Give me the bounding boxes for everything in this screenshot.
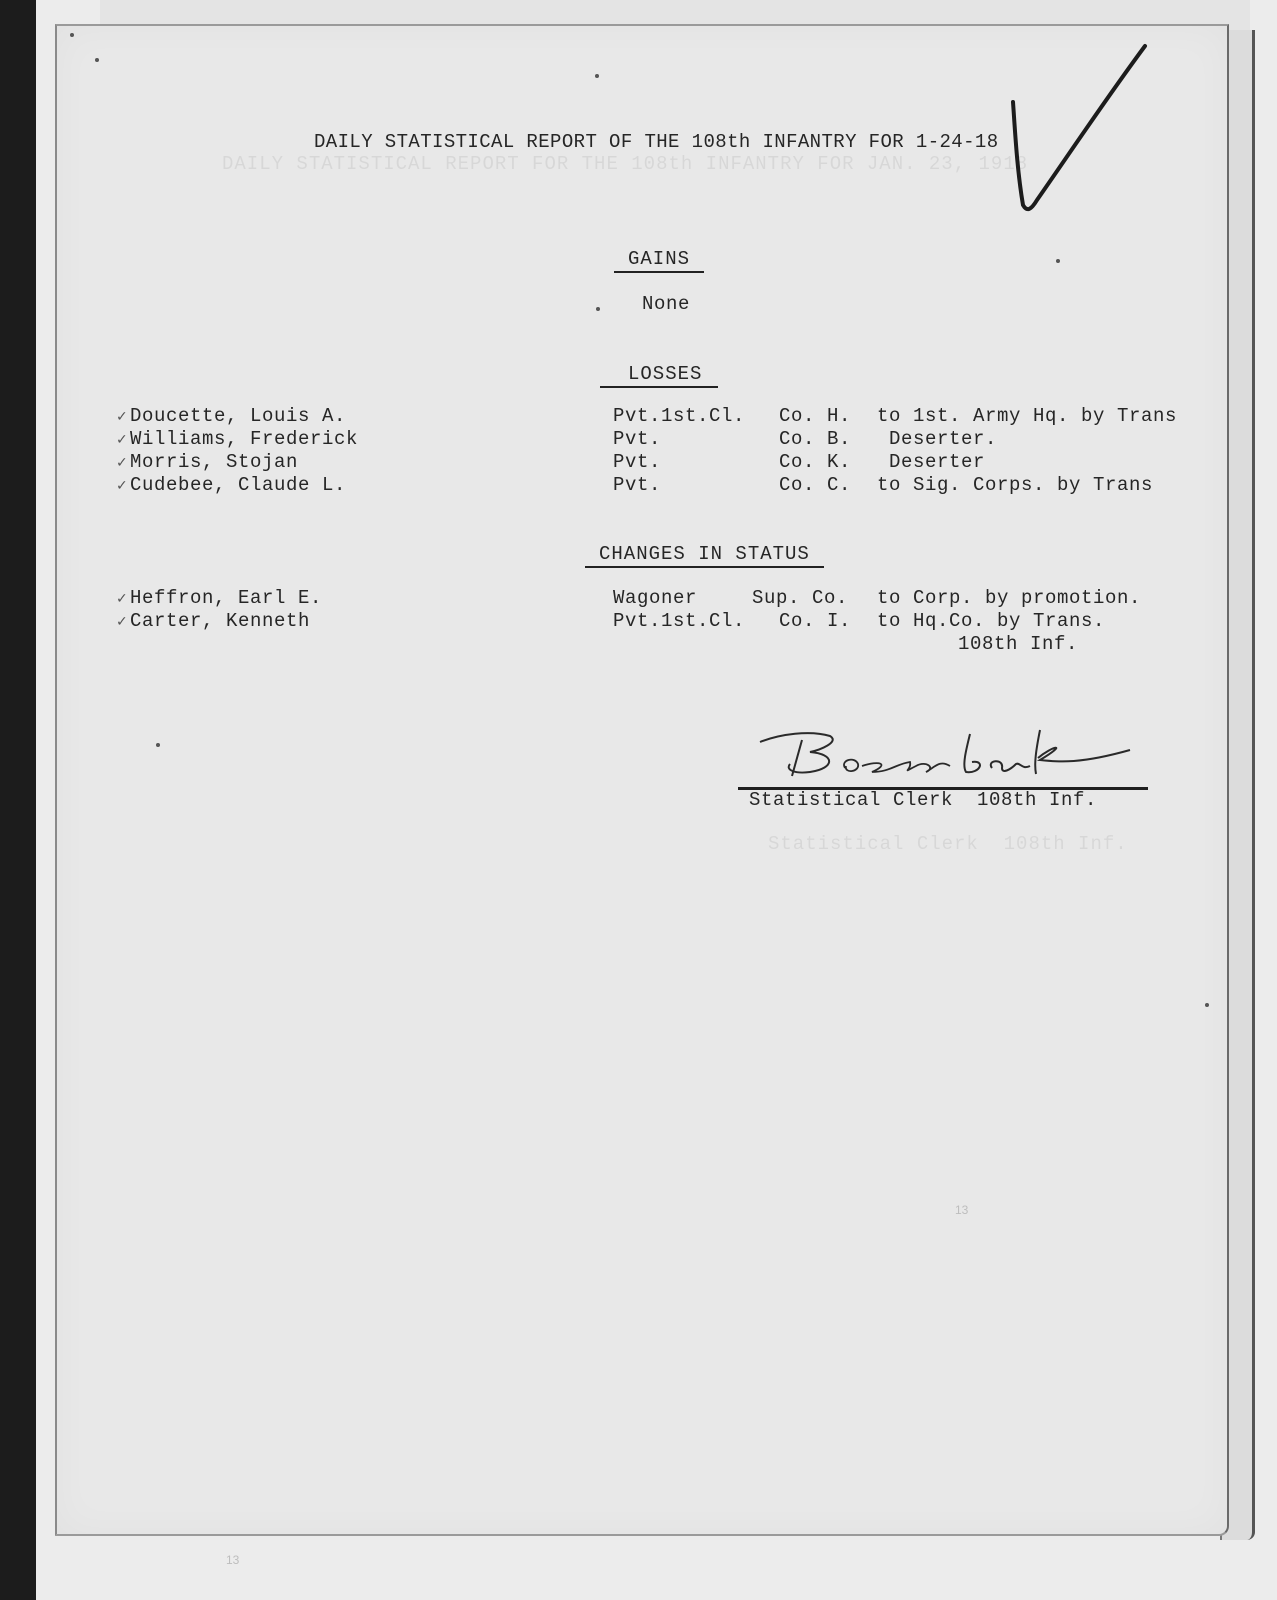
report-date: 1-24-18 [916,131,999,153]
loss-name: ✓Williams, Frederick [116,428,358,450]
loss-company: Co. H. [779,405,851,427]
loss-company: Co. K. [779,451,851,473]
loss-rank: Pvt. [613,428,661,450]
losses-heading: LOSSES [600,363,718,388]
loss-action: Deserter [877,451,985,473]
changes-in-status-heading: CHANGES IN STATUS [585,543,824,568]
status-change-company: Co. I. [779,610,851,632]
report-title: DAILY STATISTICAL REPORT OF THE 108th IN… [314,131,999,153]
margin-mark: 13 [226,1553,239,1567]
speck [595,74,599,78]
speck [1205,1003,1209,1007]
loss-name: ✓Morris, Stojan [116,451,298,473]
large-checkmark-icon [1005,40,1155,215]
status-change-action: to Corp. by promotion. [877,587,1141,609]
loss-action: Deserter. [877,428,997,450]
scanner-edge [0,0,36,1600]
report-title-prefix: DAILY STATISTICAL REPORT OF THE 108th IN… [314,131,904,153]
signature-title: Statistical Clerk 108th Inf. [749,789,1097,811]
loss-action: to 1st. Army Hq. by Trans [877,405,1177,427]
handwritten-signature [740,720,1160,790]
bleed-through-signature: Statistical Clerk 108th Inf. [768,833,1128,855]
status-change-name: ✓Carter, Kenneth [116,610,310,632]
tick-icon: ✓ [116,614,130,630]
loss-rank: Pvt. [613,451,661,473]
status-change-action-continued: 108th Inf. [958,633,1078,655]
status-change-rank: Pvt.1st.Cl. [613,610,745,632]
tick-icon: ✓ [116,455,130,471]
margin-mark: 13 [955,1203,968,1217]
speck [156,743,160,747]
tick-icon: ✓ [116,478,130,494]
loss-rank: Pvt. [613,474,661,496]
gains-heading: GAINS [614,248,704,273]
loss-name: ✓Cudebee, Claude L. [116,474,346,496]
status-change-rank: Wagoner [613,587,697,609]
tick-icon: ✓ [116,591,130,607]
status-change-name: ✓Heffron, Earl E. [116,587,322,609]
loss-action: to Sig. Corps. by Trans [877,474,1153,496]
bleed-through-title: DAILY STATISTICAL REPORT FOR THE 108th I… [222,153,1028,175]
gains-value: None [642,293,690,315]
tick-icon: ✓ [116,432,130,448]
loss-company: Co. B. [779,428,851,450]
loss-name: ✓Doucette, Louis A. [116,405,346,427]
speck [95,58,99,62]
status-change-company: Sup. Co. [752,587,848,609]
status-change-action: to Hq.Co. by Trans. [877,610,1105,632]
speck [596,307,600,311]
speck [1056,259,1060,263]
speck [70,33,74,37]
loss-rank: Pvt.1st.Cl. [613,405,745,427]
loss-company: Co. C. [779,474,851,496]
tick-icon: ✓ [116,409,130,425]
